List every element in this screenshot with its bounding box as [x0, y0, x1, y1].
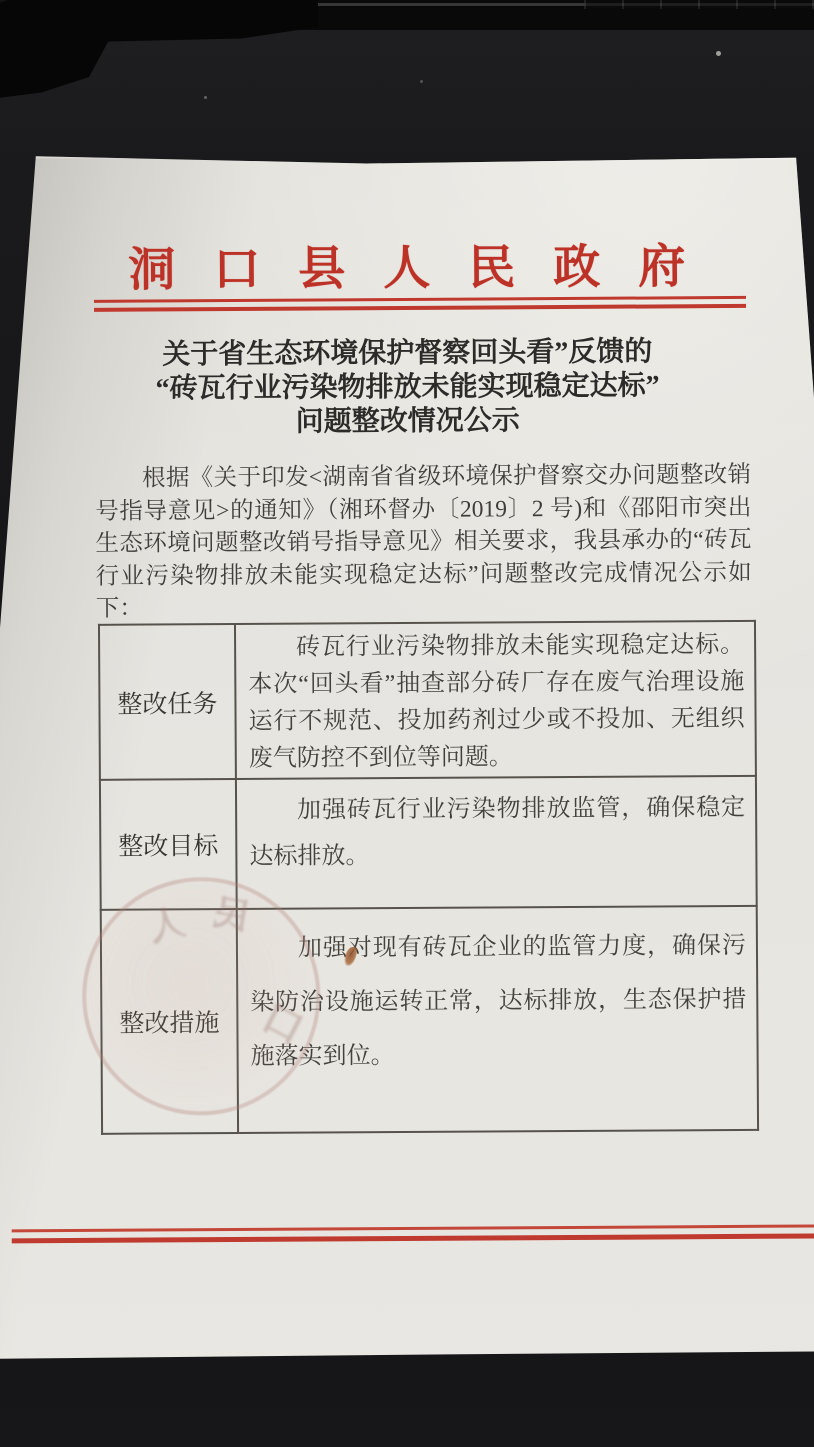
- official-stamp-bleedthrough: 人 民 口: [82, 877, 321, 1116]
- row-content-task: 砖瓦行业污染物排放未能实现稳定达标。本次“回头看”抽查部分砖厂存在废气治理设施运…: [235, 621, 756, 779]
- footer-rule-thick: [12, 1233, 814, 1242]
- document-paper: 洞口县人民政府 关于省生态环境保护督察回头看”反馈的 “砖瓦行业污染物排放未能实…: [0, 0, 814, 1447]
- header-rule-thick: [94, 304, 746, 312]
- title-line-2: “砖瓦行业污染物排放未能实现稳定达标”: [40, 369, 774, 407]
- dust-speck: [420, 80, 423, 83]
- row-content-goal: 加强砖瓦行业污染物排放监管，确保稳定达标排放。: [236, 776, 757, 909]
- document-content: 洞口县人民政府 关于省生态环境保护督察回头看”反馈的 “砖瓦行业污染物排放未能实…: [0, 0, 814, 1447]
- stamp-character: 口: [253, 987, 315, 1056]
- keyboard-keys: [584, 0, 814, 9]
- body-paragraph: 根据《关于印发<湖南省省级环境保护督察交办问题整改销号指导意见>的通知》（湘环督…: [95, 459, 752, 626]
- photo-scene: 洞口县人民政府 关于省生态环境保护督察回头看”反馈的 “砖瓦行业污染物排放未能实…: [0, 0, 814, 1447]
- stamp-character: 民: [210, 884, 254, 940]
- dust-speck: [716, 51, 721, 56]
- document-title: 关于省生态环境保护督察回头看”反馈的 “砖瓦行业污染物排放未能实现稳定达标” 问…: [40, 335, 775, 441]
- stamp-character: 人: [142, 894, 190, 952]
- title-line-3: 问题整改情况公示: [41, 403, 775, 441]
- title-line-1: 关于省生态环境保护督察回头看”反馈的: [40, 335, 774, 373]
- table-row-task: 整改任务 砖瓦行业污染物排放未能实现稳定达标。本次“回头看”抽查部分砖厂存在废气…: [99, 621, 756, 780]
- dust-speck: [204, 96, 207, 99]
- footer-rule-thin: [12, 1224, 814, 1231]
- row-label-task: 整改任务: [99, 624, 236, 780]
- agency-header: 洞口县人民政府: [0, 228, 814, 300]
